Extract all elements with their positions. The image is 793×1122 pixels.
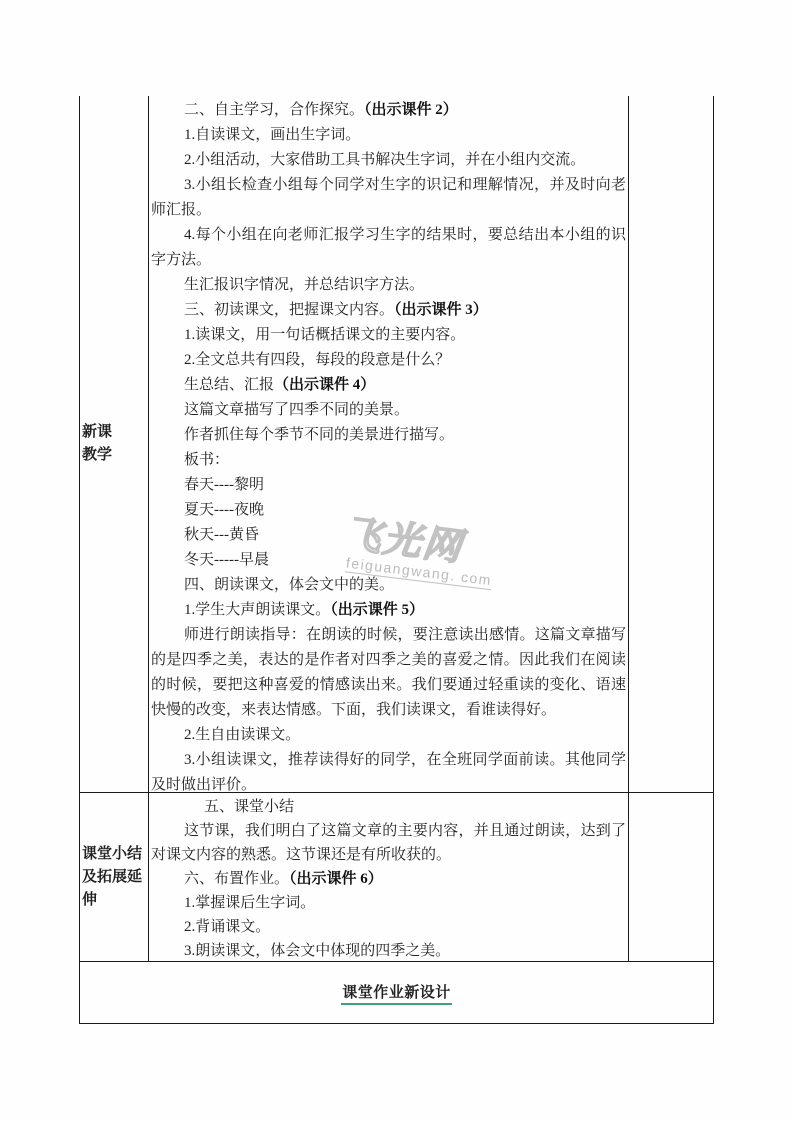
row-label-line: 新课 bbox=[82, 421, 112, 444]
row-label-line: 伸 bbox=[82, 889, 97, 912]
paragraph: 2.全文总共有四段，每段的段意是什么？ bbox=[151, 348, 626, 373]
paragraph: 生总结、汇报（出示课件 4） bbox=[151, 373, 626, 398]
paragraph: 4.每个小组在向老师汇报学习生字的结果时，要总结出本小组的识字方法。 bbox=[151, 223, 626, 273]
paragraph: 1.自读课文，画出生字词。 bbox=[151, 123, 626, 148]
paragraph: 1.读课文，用一句话概括课文的主要内容。 bbox=[151, 323, 626, 348]
footer-title-row: 课堂作业新设计 bbox=[80, 962, 713, 1024]
paragraph: 板书： bbox=[151, 448, 626, 473]
row-content-cell: 二、自主学习，合作探究。（出示课件 2）1.自读课文，画出生字词。2.小组活动，… bbox=[149, 96, 629, 792]
row-label-line: 及拓展延 bbox=[82, 866, 142, 889]
paragraph: 三、初读课文，把握课文内容。（出示课件 3） bbox=[151, 298, 626, 323]
paragraph: 3.小组读课文，推荐读得好的同学，在全班同学面前读。其他同学及时做出评价。 bbox=[151, 748, 626, 792]
paragraph: 夏天----夜晚 bbox=[151, 498, 626, 523]
document-page: 飞光网 feiguangwang. com 新课教学 二、自主学习，合作探究。（… bbox=[0, 0, 793, 1122]
paragraph: 冬天-----早晨 bbox=[151, 548, 626, 573]
paragraph: 二、自主学习，合作探究。（出示课件 2） bbox=[151, 98, 626, 123]
row-label-line: 课堂小结 bbox=[82, 843, 142, 866]
row-empty-cell bbox=[629, 793, 713, 961]
table-row: 新课教学 二、自主学习，合作探究。（出示课件 2）1.自读课文，画出生字词。2.… bbox=[80, 96, 713, 793]
paragraph: 3.小组长检查小组每个同学对生字的识记和理解情况，并及时向老师汇报。 bbox=[151, 173, 626, 223]
paragraph: 春天----黎明 bbox=[151, 473, 626, 498]
row-label-cell: 课堂小结及拓展延伸 bbox=[80, 793, 149, 961]
paragraph: 六、布置作业。（出示课件 6） bbox=[151, 867, 626, 891]
paragraph: 2.生自由读课文。 bbox=[151, 723, 626, 748]
footer-section-title: 课堂作业新设计 bbox=[341, 981, 452, 1005]
paragraph: 2.背诵课文。 bbox=[151, 915, 626, 939]
row-label-line: 教学 bbox=[82, 444, 112, 467]
paragraph: 3.朗读课文，体会文中体现的四季之美。 bbox=[151, 939, 626, 961]
row-content-cell: 五、课堂小结这节课，我们明白了这篇文章的主要内容，并且通过朗读，达到了对课文内容… bbox=[149, 793, 629, 961]
paragraph: 这篇文章描写了四季不同的美景。 bbox=[151, 398, 626, 423]
table-row: 课堂小结及拓展延伸 五、课堂小结这节课，我们明白了这篇文章的主要内容，并且通过朗… bbox=[80, 793, 713, 962]
row-empty-cell bbox=[629, 96, 713, 792]
paragraph: 五、课堂小结 bbox=[151, 795, 626, 819]
paragraph: 生汇报识字情况，并总结识字方法。 bbox=[151, 273, 626, 298]
paragraph: 1.掌握课后生字词。 bbox=[151, 891, 626, 915]
paragraph: 作者抓住每个季节不同的美景进行描写。 bbox=[151, 423, 626, 448]
row-label-cell: 新课教学 bbox=[80, 96, 149, 792]
paragraph: 四、朗读课文，体会文中的美。 bbox=[151, 573, 626, 598]
lesson-plan-table: 新课教学 二、自主学习，合作探究。（出示课件 2）1.自读课文，画出生字词。2.… bbox=[79, 96, 714, 1024]
paragraph: 秋天---黄昏 bbox=[151, 523, 626, 548]
paragraph: 2.小组活动，大家借助工具书解决生字词，并在小组内交流。 bbox=[151, 148, 626, 173]
paragraph: 这节课，我们明白了这篇文章的主要内容，并且通过朗读，达到了对课文内容的熟悉。这节… bbox=[151, 819, 626, 867]
paragraph: 师进行朗读指导：在朗读的时候，要注意读出感情。这篇文章描写的是四季之美，表达的是… bbox=[151, 623, 626, 723]
paragraph: 1.学生大声朗读课文。（出示课件 5） bbox=[151, 598, 626, 623]
